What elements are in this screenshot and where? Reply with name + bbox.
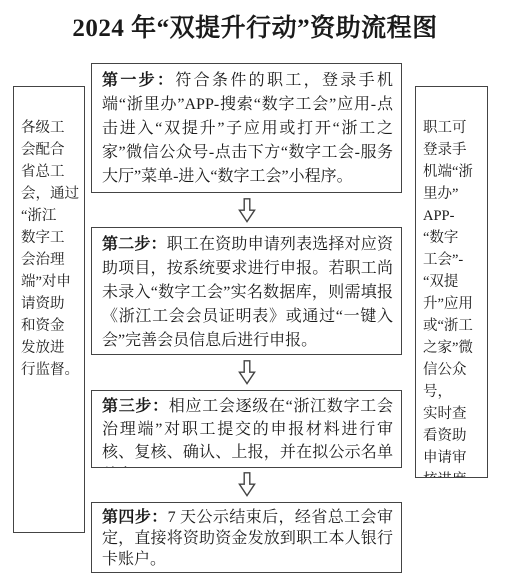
step-2-label: 第二步：: [102, 236, 167, 253]
down-arrow-icon: [237, 360, 257, 385]
step-3-box: 第三步：相应工会逐级在“浙江数字工会治理端”对职工提交的申报材料进行审核、复核、…: [91, 390, 402, 468]
step-1-box: 第一步：符合条件的职工，登录手机端“浙里办”APP-搜索“数字工会”应用-点击进…: [91, 63, 402, 193]
step-4-box: 第四步：7 天公示结束后，经省总工会审定，直接将资助资金发放到职工本人银行卡账户…: [91, 502, 402, 573]
step-2-box: 第二步：职工在资助申请列表选择对应资助项目，按系统要求进行申报。若职工尚未录入“…: [91, 227, 402, 355]
down-arrow-icon: [237, 472, 257, 497]
flowchart-column: 第一步：符合条件的职工，登录手机端“浙里办”APP-搜索“数字工会”应用-点击进…: [91, 0, 402, 588]
right-note-box: 职工可 登录手 机端“浙 里办” APP- “数字 工会”- “双提 升”应用 …: [415, 86, 488, 478]
step-1-label: 第一步：: [102, 72, 175, 89]
step-4-label: 第四步：: [102, 509, 168, 526]
left-note-text: 各级工 会配合 省总工 会，通过 “浙江 数字工 会治理 端”对申 请资助 和资…: [21, 120, 79, 378]
left-note-box: 各级工 会配合 省总工 会，通过 “浙江 数字工 会治理 端”对申 请资助 和资…: [13, 86, 85, 533]
right-note-text: 职工可 登录手 机端“浙 里办” APP- “数字 工会”- “双提 升”应用 …: [423, 120, 481, 478]
step-3-label: 第三步：: [102, 398, 169, 415]
flowchart-page: 2024 年“双提升行动”资助流程图 各级工 会配合 省总工 会，通过 “浙江 …: [0, 0, 510, 588]
down-arrow-icon: [237, 198, 257, 223]
